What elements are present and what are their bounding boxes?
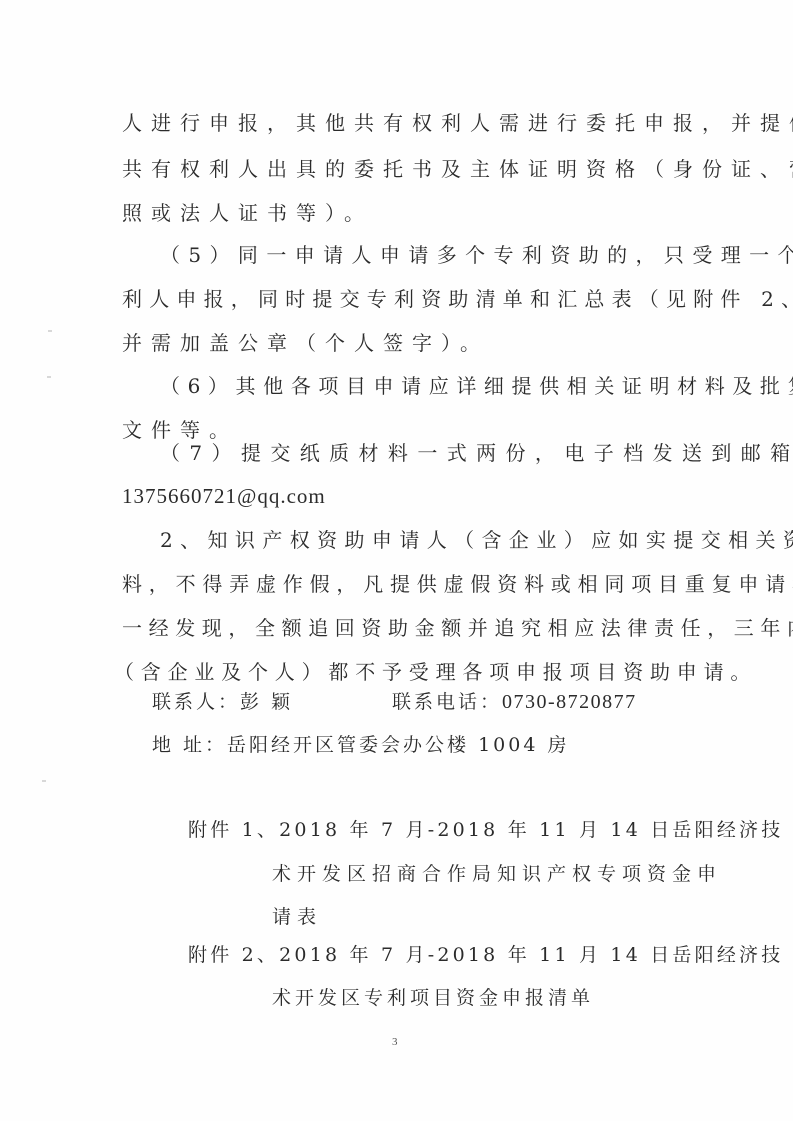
- scan-speck: [48, 330, 52, 332]
- paragraph-2-line: （含企业及个人）都不予受理各项申报项目资助申请。: [114, 660, 757, 684]
- email-address: 1375660721@qq.com: [122, 484, 326, 508]
- page-number: 3: [392, 1036, 398, 1048]
- paragraph-2-line: 一经发现，全额追回资助金额并追究相应法律责任，三年内: [122, 616, 793, 640]
- attachment-1-label: 附件 1、: [188, 819, 279, 841]
- attachment-1-title-line: 术开发区招商合作局知识产权专项资金申: [272, 862, 722, 886]
- paragraph-line: 人进行申报，其他共有权利人需进行委托申报，并提供其他: [122, 111, 793, 135]
- address-value: 岳阳经开区管委会办公楼 1004 房: [227, 734, 569, 756]
- contact-address: 地 址：岳阳经开区管委会办公楼 1004 房: [152, 733, 569, 757]
- contact-phone-number: 0730-8720877: [502, 691, 637, 713]
- attachment-1: 附件 1、2018 年 7 月-2018 年 11 月 14 日岳阳经济技: [188, 818, 783, 842]
- paragraph-line: 照或法人证书等）。: [122, 201, 373, 225]
- paragraph-2-line: 料，不得弄虚作假，凡提供虚假资料或相同项目重复申请者，: [122, 572, 793, 596]
- contact-phone: 联系电话：0730-8720877: [392, 690, 637, 714]
- contact-person: 联系人：彭 颖: [152, 690, 293, 714]
- item-5-line: （5）同一申请人申请多个专利资助的，只受理一个权: [160, 243, 793, 267]
- item-5-line: 利人申报，同时提交专利资助清单和汇总表（见附件 2、3），: [122, 287, 793, 311]
- item-6-line: （6）其他各项目申请应详细提供相关证明材料及批复: [160, 374, 793, 398]
- paragraph-2-line: 2、知识产权资助申请人（含企业）应如实提交相关资: [160, 528, 793, 552]
- address-label: 地 址：: [152, 734, 227, 756]
- attachment-2-title-line: 2018 年 7 月-2018 年 11 月 14 日岳阳经济技: [279, 944, 783, 966]
- attachment-2-title-line: 术开发区专利项目资金申报清单: [272, 986, 594, 1010]
- paragraph-line: 共有权利人出具的委托书及主体证明资格（身份证、营业执: [122, 157, 793, 181]
- item-5-line: 并需加盖公章（个人签字）。: [122, 331, 489, 355]
- attachment-2-label: 附件 2、: [188, 944, 279, 966]
- attachment-2: 附件 2、2018 年 7 月-2018 年 11 月 14 日岳阳经济技: [188, 943, 783, 967]
- contact-phone-label: 联系电话：: [392, 691, 502, 713]
- attachment-1-title-line: 2018 年 7 月-2018 年 11 月 14 日岳阳经济技: [279, 819, 783, 841]
- document-page: 人进行申报，其他共有权利人需进行委托申报，并提供其他 共有权利人出具的委托书及主…: [0, 0, 793, 1121]
- attachment-1-title-line: 请表: [272, 905, 322, 929]
- item-6-line: 文件等。: [122, 418, 238, 442]
- contact-person-label: 联系人：: [152, 691, 240, 713]
- scan-speck: [47, 376, 51, 378]
- item-7-line: （7）提交纸质材料一式两份，电子档发送到邮箱：: [160, 441, 793, 465]
- scan-speck: [42, 780, 46, 782]
- contact-person-name: 彭 颖: [240, 691, 293, 713]
